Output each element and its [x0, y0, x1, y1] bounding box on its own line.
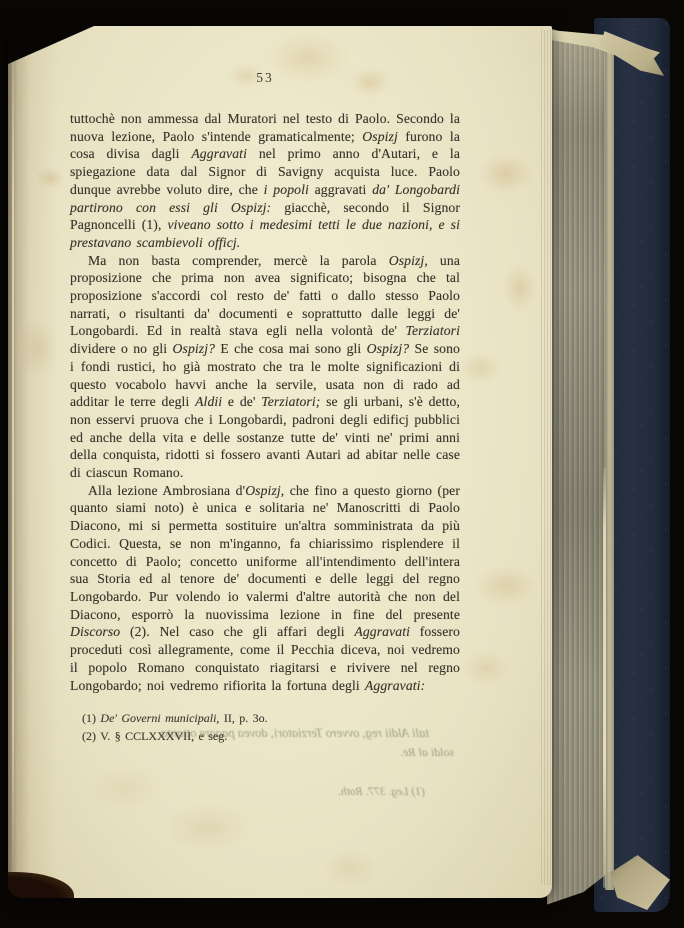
corner-curl [8, 872, 74, 898]
footnote: (1) De' Governi municipali, II, p. 3o. [70, 709, 460, 727]
paragraph: Alla lezione Ambrosiana d'Ospizj, che fi… [70, 482, 460, 694]
gutter-page-edge [12, 28, 14, 891]
book-page: 53 tuttochè non ammessa dal Muratori nel… [8, 26, 552, 898]
flyleaf-edge [605, 44, 614, 890]
protruding-page-edge [603, 468, 606, 888]
paragraph: tuttochè non ammessa dal Muratori nel te… [70, 110, 460, 252]
paragraph: Ma non basta comprender, mercè la parola… [70, 252, 460, 482]
footnote: (2) V. § CCLXXXVII, e seg. [70, 727, 460, 745]
show-through-text: soldi al Re. [400, 745, 454, 760]
print-area: 53 tuttochè non ammessa dal Muratori nel… [70, 70, 460, 745]
text-block: tuttochè non ammessa dal Muratori nel te… [70, 110, 460, 694]
book-photo: 53 tuttochè non ammessa dal Muratori nel… [0, 0, 684, 928]
corner-shadow [8, 26, 94, 64]
page-number: 53 [70, 70, 460, 86]
footnotes: (1) De' Governi municipali, II, p. 3o.(2… [70, 709, 460, 745]
show-through-text: (1) Leg. 377. Roth. [338, 786, 425, 798]
